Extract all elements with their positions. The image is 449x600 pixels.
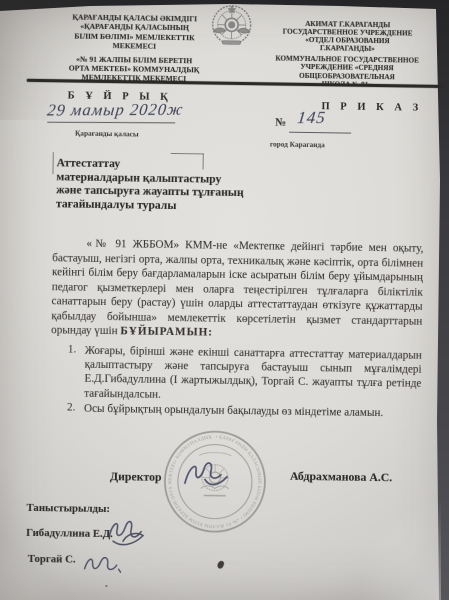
- item-number: 1.: [67, 343, 85, 400]
- order-title-line: тағайындалуы туралы: [56, 197, 244, 213]
- torgay-signature-scribble: [80, 551, 122, 578]
- date-underline: [47, 122, 175, 124]
- order-document: ҚАРАҒАНДЫ ҚАЛАСЫ ӘКІМДІГІ «ҚАРАҒАНДЫ ҚАЛ…: [0, 0, 449, 600]
- order-number-sign: №: [275, 116, 286, 128]
- title-frame-left-line: [52, 152, 54, 174]
- order-item-1: 1. Жоғары, бірінші және екінші санаттарғ…: [67, 343, 422, 405]
- director-label: Директор: [110, 469, 162, 485]
- city-kk: Қарағанды қаласы: [75, 129, 139, 139]
- order-command-word: БҰЙЫРАМЫН:: [120, 326, 213, 339]
- item-number: 2.: [67, 401, 84, 415]
- item-text: Жоғары, бірінші және екінші санаттарға а…: [84, 344, 422, 406]
- city-ru: город Караганда: [270, 139, 325, 149]
- director-name: Абдрахманова А.С.: [290, 469, 392, 486]
- ink-speck: [217, 560, 225, 570]
- order-label-ru: П Р И К А З: [321, 101, 422, 113]
- kazakhstan-coat-of-arms-icon: [207, 3, 256, 50]
- photo-of-document: ҚАРАҒАНДЫ ҚАЛАСЫ ӘКІМДІГІ «ҚАРАҒАНДЫ ҚАЛ…: [0, 0, 449, 600]
- acquainted-person-1: Гибадуллина Е.Д.: [26, 527, 113, 540]
- order-body-paragraph: «№ 91 ЖББОМ» КММ-не «Мектепке дейінгі тә…: [51, 236, 423, 343]
- dust-dot: [105, 585, 107, 587]
- director-signature-scribble: [177, 455, 236, 494]
- order-title: Аттестаттау материалдарын қалыптастыру ж…: [56, 156, 244, 213]
- order-date-handwritten: 29 мамыр 2020ж: [46, 100, 185, 121]
- number-underline: [289, 132, 351, 134]
- item-text: Осы бұйрықтың орындалуын бақылауды өз мі…: [84, 402, 383, 421]
- title-frame-top-line: [171, 153, 204, 155]
- acquainted-label: Таныстырылды:: [26, 502, 110, 515]
- gibadullina-signature-scribble: [103, 511, 150, 550]
- acquainted-person-2: Торгай С.: [28, 553, 76, 566]
- order-body-text: «№ 91 ЖББОМ» КММ-не «Мектепке дейінгі тә…: [51, 238, 423, 338]
- order-number-handwritten: 145: [296, 108, 327, 128]
- org-header-ru: АКИМАТ Г.КАРАГАНДЫ ГОСУДАРСТВЕННОЕ УЧРЕЖ…: [252, 19, 443, 90]
